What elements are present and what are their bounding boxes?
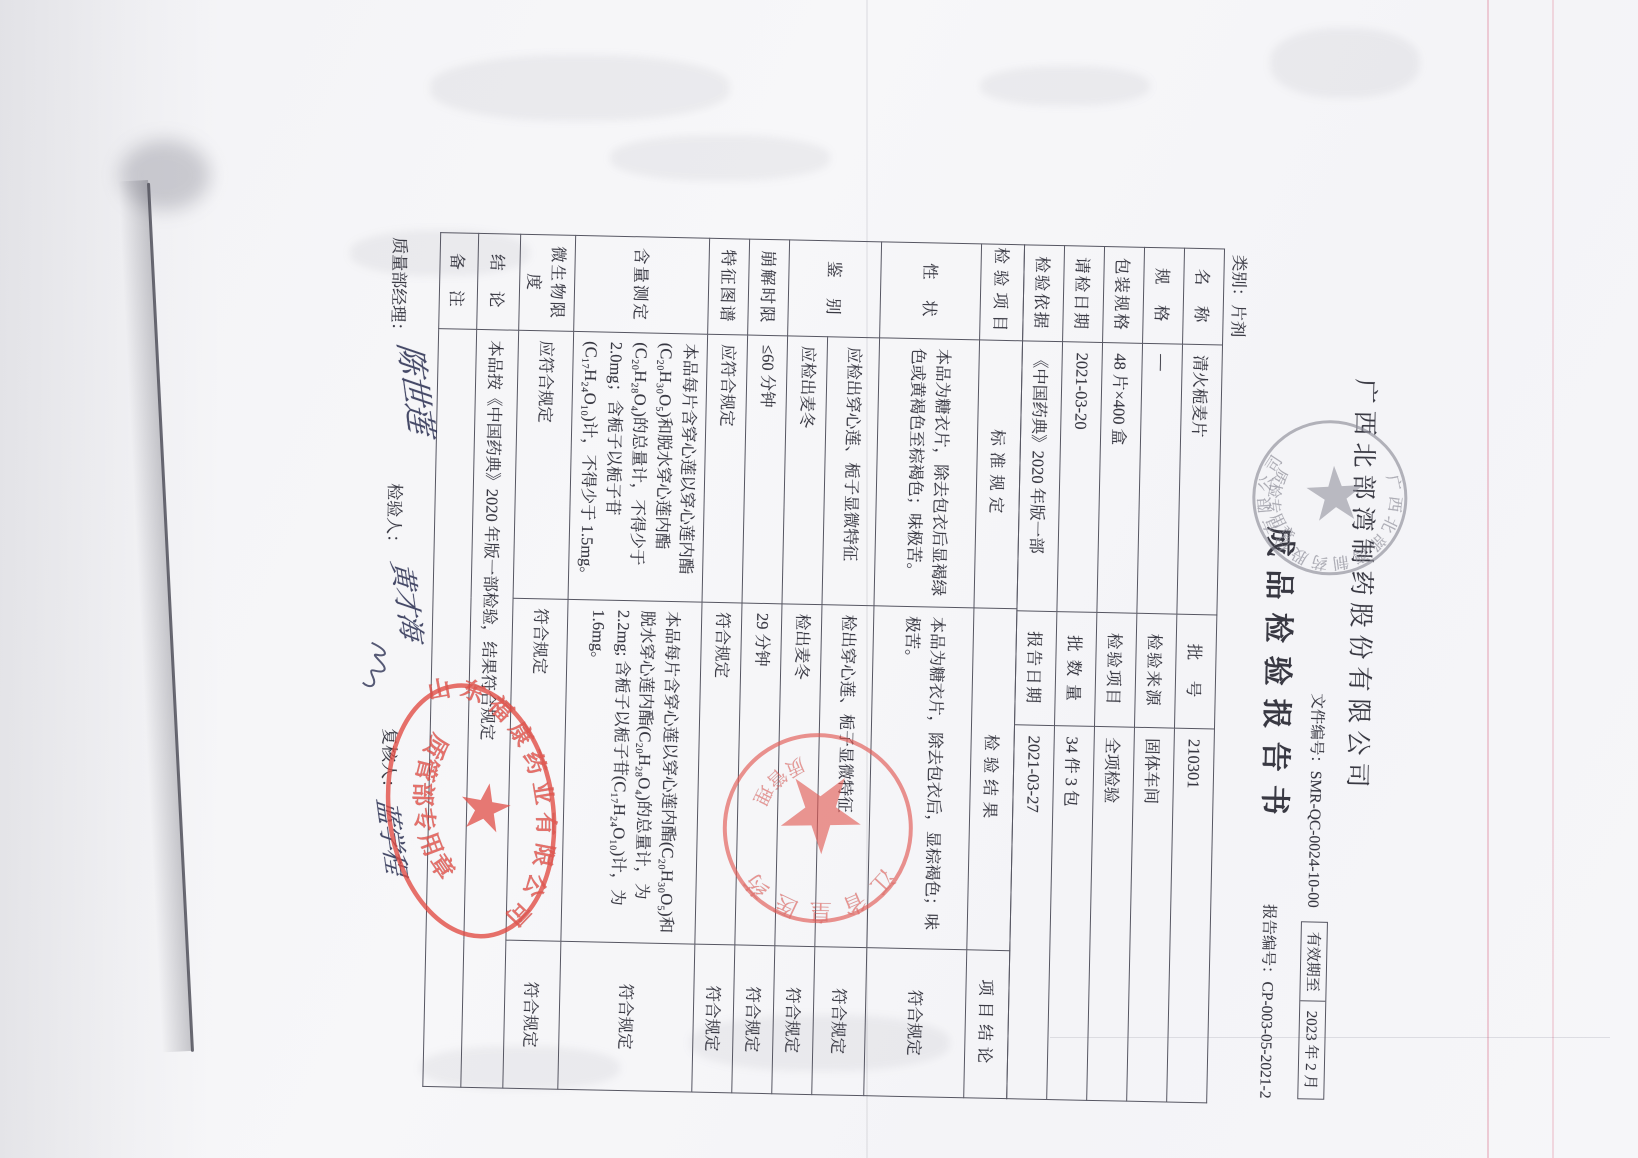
test-standard: 本品每片含穿心莲以穿心莲内酯(C₂₀H₃₀O₅)和脱水穿心莲内酯(C₂₀H₂₈O… <box>568 331 708 602</box>
info-value: 全项检验 <box>1087 726 1135 1101</box>
test-standard: 应符合规定 <box>513 330 574 599</box>
validity-label: 有效期至 <box>1300 923 1327 1002</box>
reviewer-signature: 蓝学程 <box>369 798 417 876</box>
info-value: 34 件 3 包 <box>1047 726 1095 1101</box>
test-results-table: 检验项目 标准规定 检验结果 项目结论 性 状 本品为糖衣片，除去包衣后显褐绿色… <box>422 232 1026 1099</box>
scanned-page: 广西北部湾制药股份有限公司 文件编号：SMR-QC-0024-10-00 有效期… <box>0 0 1638 1158</box>
info-label: 检验项目 <box>1094 612 1136 727</box>
validity-value: 2023 年 2 月 <box>1298 1001 1325 1099</box>
qa-manager-label: 质量部经理： <box>387 237 414 340</box>
test-result: 检出麦冬 <box>775 604 822 947</box>
signature-row: 质量部经理： 陈世莲 检验人： 黄才海 复核人： 蓝学程 <box>350 231 432 1087</box>
info-value: 固体车间 <box>1127 727 1175 1102</box>
test-item: 含量测定 <box>573 235 710 334</box>
test-item: 性 状 <box>880 242 982 340</box>
reviewer-label: 复核人： <box>377 728 403 797</box>
info-value: 2021-03-20 <box>1057 342 1103 613</box>
info-value: 48 片×400 盒 <box>1097 342 1143 613</box>
info-value: 清火栀麦片 <box>1177 344 1223 615</box>
test-conclusion: 符合规定 <box>503 940 561 1089</box>
report-number: 报告编号：CP-003-05-2021-2 <box>1255 904 1281 1099</box>
info-label: 名 称 <box>1183 248 1225 345</box>
sample-info-table: 名 称 清火栀麦片 批 号 210301 规 格 — 检验来源 固体车间 包装规… <box>1006 244 1225 1103</box>
col-header-item: 检验项目 <box>980 244 1025 341</box>
test-result: 检出穿心莲、栀子显微特征 <box>815 605 874 948</box>
col-header-standard: 标准规定 <box>974 340 1023 609</box>
test-conclusion: 符合规定 <box>812 947 867 1096</box>
scan-streak-pink <box>1487 0 1489 1158</box>
info-value: 210301 <box>1167 728 1215 1103</box>
table-row: 性 状 本品为糖衣片，除去包衣后显褐绿色或黄褐色至棕褐色；味极苦。 本品为糖衣片… <box>864 242 982 1098</box>
info-label: 检验来源 <box>1134 613 1176 728</box>
info-value: — <box>1137 343 1183 614</box>
test-standard: ≤60 分钟 <box>743 335 789 604</box>
col-header-conclusion: 项目结论 <box>964 950 1010 1099</box>
info-label: 检验依据 <box>1023 245 1065 342</box>
test-standard: 应检出穿心莲、栀子显微特征 <box>822 337 880 606</box>
file-number: 文件编号：SMR-QC-0024-10-00 <box>1304 693 1330 908</box>
test-standard: 应符合规定 <box>703 334 749 603</box>
col-header-result: 检验结果 <box>967 608 1017 951</box>
test-standard: 应检出麦冬 <box>782 336 828 605</box>
bleedthrough-ghost <box>980 66 1150 106</box>
company-name: 广西北部湾制药股份有限公司 <box>1334 251 1388 1107</box>
info-label: 包装规格 <box>1103 247 1145 344</box>
test-item: 微生物限度 <box>518 234 575 331</box>
test-item: 特征图谱 <box>708 238 750 335</box>
info-label: 批 号 <box>1174 614 1216 729</box>
info-label: 批 数 量 <box>1055 612 1097 727</box>
info-label: 报告日期 <box>1015 611 1057 726</box>
bleedthrough-ghost <box>430 55 730 121</box>
test-result: 29 分钟 <box>735 603 782 946</box>
table-row: 含量测定 本品每片含穿心莲以穿心莲内酯(C₂₀H₃₀O₅)和脱水穿心莲内酯(C₂… <box>558 235 711 1092</box>
test-conclusion: 符合规定 <box>772 946 815 1095</box>
inspection-report: 广西北部湾制药股份有限公司 文件编号：SMR-QC-0024-10-00 有效期… <box>372 231 1390 1107</box>
info-value: 《中国药典》2020 年版一部 <box>1017 341 1063 612</box>
scan-streak-pink <box>1552 0 1554 1158</box>
handwriting-scribble <box>356 636 397 697</box>
inspector-signature: 黄才海 <box>383 560 434 642</box>
test-conclusion: 符合规定 <box>558 941 696 1092</box>
bleedthrough-ghost <box>1270 28 1420 98</box>
test-conclusion: 符合规定 <box>732 945 775 1094</box>
bleedthrough-ghost <box>610 135 830 181</box>
conclusion-label: 结 论 <box>476 233 520 330</box>
info-label: 请检日期 <box>1063 246 1105 343</box>
remark-label: 备 注 <box>438 233 478 330</box>
test-item: 鉴 别 <box>788 240 882 338</box>
test-result: 本品为糖衣片，除去包衣后，显棕褐色；味极苦。 <box>867 606 974 950</box>
test-item: 崩解时限 <box>748 239 790 336</box>
test-result: 本品每片含穿心莲以穿心莲内酯(C₂₀H₃₀O₅)和脱水穿心莲内酯(C₂₀H₂₈O… <box>561 599 703 944</box>
test-conclusion: 符合规定 <box>864 948 967 1098</box>
test-result: 符合规定 <box>695 602 742 945</box>
test-standard: 本品为糖衣片，除去包衣后显褐绿色或黄褐色至棕褐色；味极苦。 <box>874 338 980 608</box>
inspector-label: 检验人： <box>382 483 408 552</box>
test-result: 符合规定 <box>506 598 568 941</box>
validity-box: 有效期至 2023 年 2 月 <box>1297 922 1328 1100</box>
test-conclusion: 符合规定 <box>692 944 735 1093</box>
info-label: 规 格 <box>1143 247 1185 344</box>
